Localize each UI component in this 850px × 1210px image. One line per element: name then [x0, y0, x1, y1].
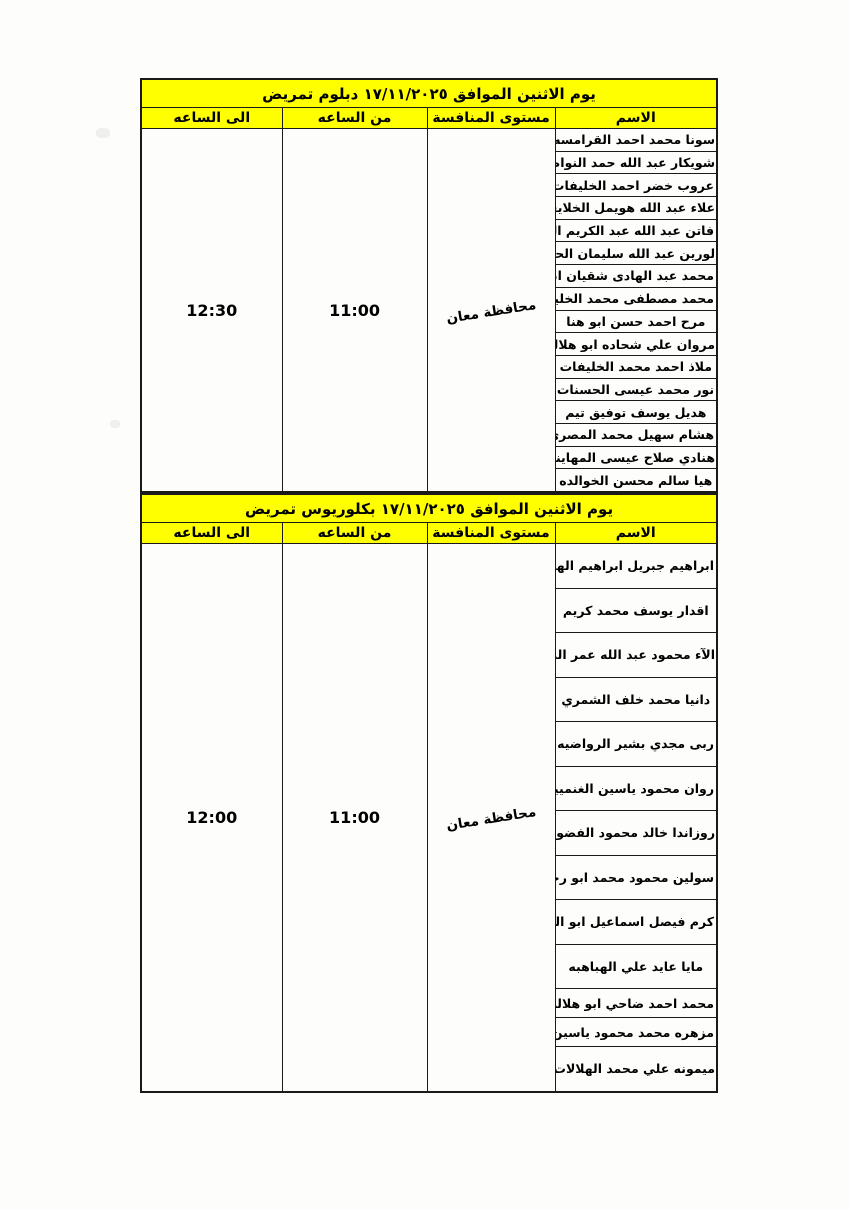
- name-cell: محمد احمد ضاحي ابو هلاله: [555, 989, 717, 1018]
- name-cell: هشام سهيل محمد المصرى: [555, 423, 717, 446]
- column-header-name: الاسم: [555, 108, 717, 129]
- to-time-cell: 12:30: [141, 129, 282, 493]
- name-cell: روان محمود ياسين الغنميين: [555, 766, 717, 811]
- table-row: سونا محمد احمد القرامسه محافظة معان 11:0…: [141, 129, 717, 152]
- name-cell: شويكار عبد الله حمد النواصره: [555, 151, 717, 174]
- scan-smudge: [110, 420, 120, 428]
- name-cell: محمد عبد الهادى شقيان ابو شتال: [555, 265, 717, 288]
- name-cell: ابراهيم جبريل ابراهيم الهوارين الطوره: [555, 544, 717, 589]
- name-cell: اقدار يوسف محمد كريم: [555, 588, 717, 633]
- name-cell: مرح احمد حسن ابو هنا: [555, 310, 717, 333]
- name-cell: ميمونه علي محمد الهلالات: [555, 1047, 717, 1092]
- diploma-table-title: يوم الاثنين الموافق ١٧/١١/٢٠٢٥ دبلوم تمر…: [141, 79, 717, 108]
- name-cell: علاء عبد الله هويمل الخلايفه: [555, 197, 717, 220]
- column-header-competition-level: مستوى المنافسة: [427, 523, 555, 544]
- name-cell: الآء محمود عبد الله عمر الرواضيه: [555, 633, 717, 678]
- name-cell: سولين محمود محمد ابو رخيه: [555, 855, 717, 900]
- bachelor-title-row: يوم الاثنين الموافق ١٧/١١/٢٠٢٥ بكلوريوس …: [141, 494, 717, 523]
- competition-level-cell: محافظة معان: [427, 129, 555, 493]
- name-cell: كرم فيصل اسماعيل ابو الزيت: [555, 900, 717, 945]
- from-time-cell: 11:00: [282, 544, 427, 1092]
- column-header-name: الاسم: [555, 523, 717, 544]
- scan-smudge: [96, 128, 110, 138]
- name-cell: مزهره محمد محمود ياسين: [555, 1018, 717, 1047]
- bachelor-schedule-table: يوم الاثنين الموافق ١٧/١١/٢٠٢٥ بكلوريوس …: [140, 493, 718, 1093]
- name-cell: عروب خضر احمد الخليفات: [555, 174, 717, 197]
- name-cell: مايا عايد علي الهباهبه: [555, 944, 717, 989]
- competition-level-text: محافظة معان: [445, 804, 537, 834]
- name-cell: نور محمد عيسى الحسنات: [555, 378, 717, 401]
- column-header-to-time: الى الساعه: [141, 523, 282, 544]
- diploma-title-row: يوم الاثنين الموافق ١٧/١١/٢٠٢٥ دبلوم تمر…: [141, 79, 717, 108]
- column-header-from-time: من الساعه: [282, 523, 427, 544]
- table-row: ابراهيم جبريل ابراهيم الهوارين الطوره مح…: [141, 544, 717, 589]
- name-cell: ربى مجدي بشير الرواضيه: [555, 722, 717, 767]
- to-time-cell: 12:00: [141, 544, 282, 1092]
- name-cell: روزاندا خالد محمود الفضول: [555, 811, 717, 856]
- name-cell: محمد مصطفى محمد الخليفات: [555, 287, 717, 310]
- competition-level-cell: محافظة معان: [427, 544, 555, 1092]
- column-header-competition-level: مستوى المنافسة: [427, 108, 555, 129]
- name-cell: دانيا محمد خلف الشمري: [555, 677, 717, 722]
- name-cell: فاتن عبد الله عبد الكريم المزايده: [555, 219, 717, 242]
- scanned-schedule-page: يوم الاثنين الموافق ١٧/١١/٢٠٢٥ دبلوم تمر…: [0, 0, 850, 1210]
- competition-level-text: محافظة معان: [445, 297, 537, 327]
- diploma-header-row: الاسم مستوى المنافسة من الساعه الى الساع…: [141, 108, 717, 129]
- name-cell: هيا سالم محسن الخوالده: [555, 469, 717, 492]
- name-cell: هنادي صلاح عيسى المهاينه: [555, 446, 717, 469]
- name-cell: ملاذ احمد محمد الخليفات: [555, 355, 717, 378]
- from-time-cell: 11:00: [282, 129, 427, 493]
- column-header-from-time: من الساعه: [282, 108, 427, 129]
- name-cell: لورين عبد الله سليمان الحسنات: [555, 242, 717, 265]
- diploma-schedule-table: يوم الاثنين الموافق ١٧/١١/٢٠٢٥ دبلوم تمر…: [140, 78, 718, 493]
- name-cell: مروان علي شحاده ابو هلاله: [555, 333, 717, 356]
- schedule-document: يوم الاثنين الموافق ١٧/١١/٢٠٢٥ دبلوم تمر…: [140, 78, 716, 1093]
- name-cell: هديل يوسف توفيق تيم: [555, 401, 717, 424]
- name-cell: سونا محمد احمد القرامسه: [555, 129, 717, 152]
- bachelor-table-title: يوم الاثنين الموافق ١٧/١١/٢٠٢٥ بكلوريوس …: [141, 494, 717, 523]
- bachelor-header-row: الاسم مستوى المنافسة من الساعه الى الساع…: [141, 523, 717, 544]
- column-header-to-time: الى الساعه: [141, 108, 282, 129]
